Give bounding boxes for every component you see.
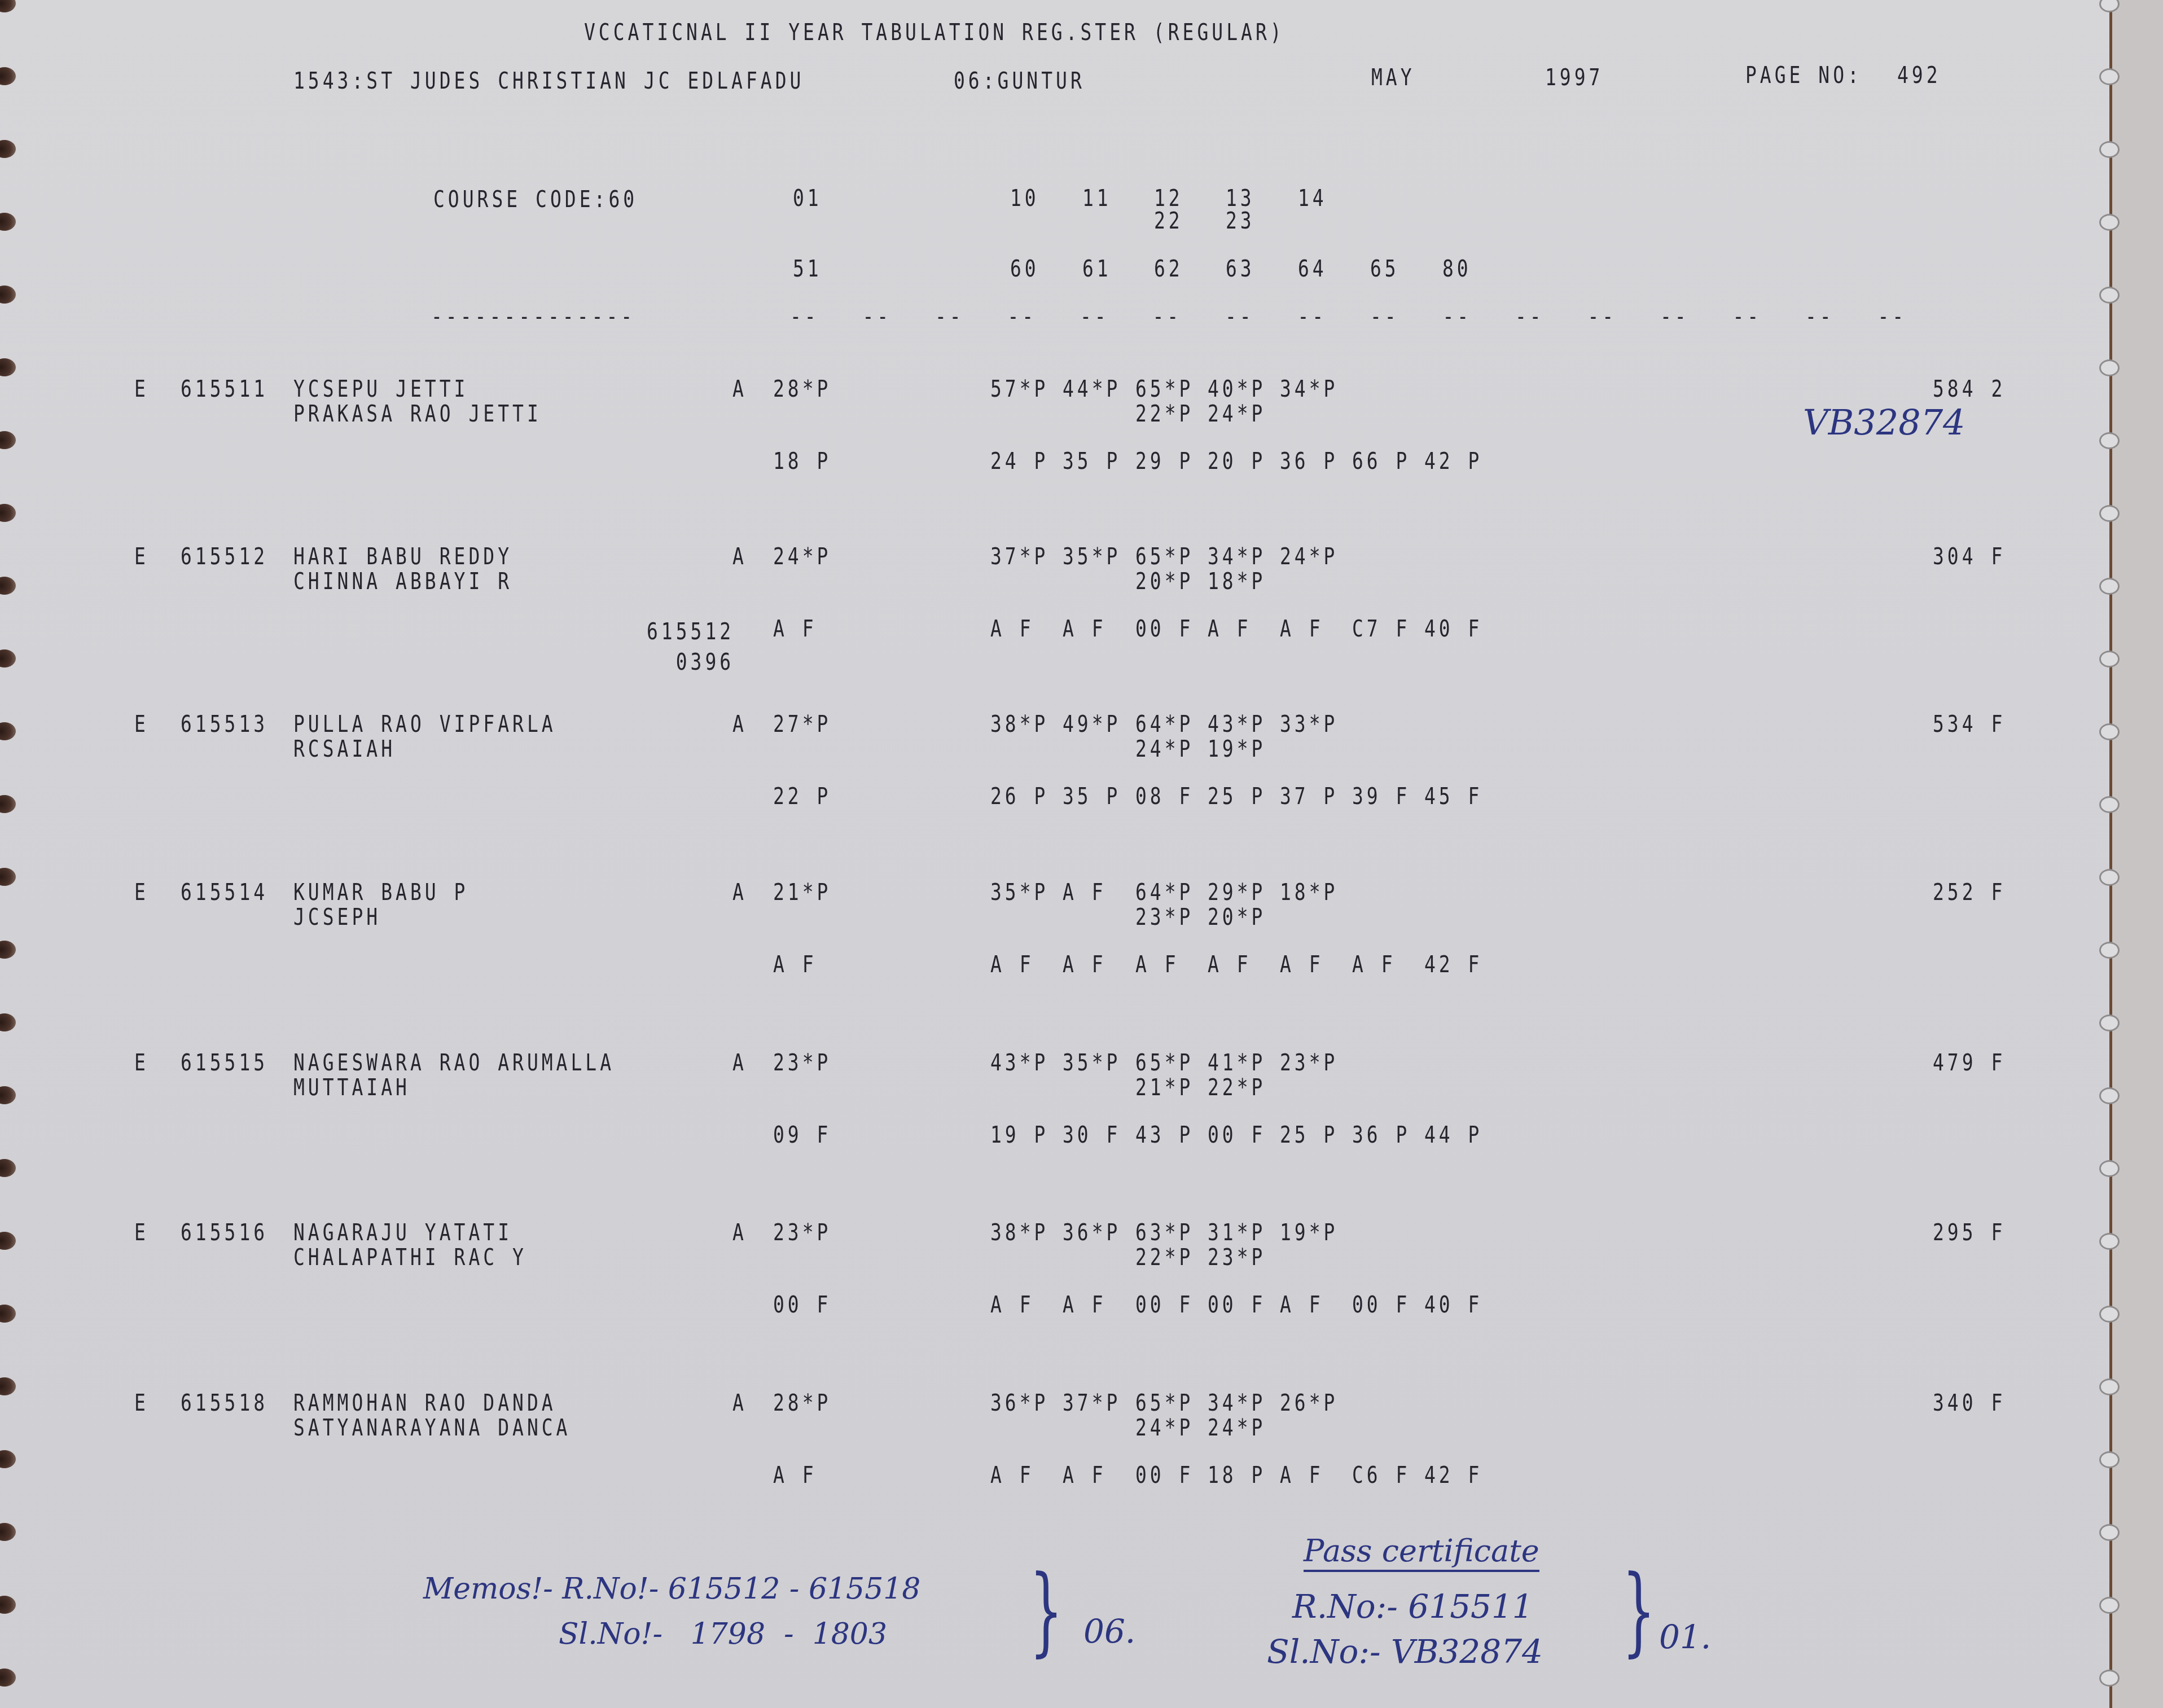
second-year-marks: 00 F [773,1293,831,1316]
tractor-hole-icon [2099,723,2120,740]
underlying-sheet-edge [2109,0,2163,1708]
parent-name: CHALAPATHI RAC Y [293,1245,527,1268]
subject-marks: A F [1280,952,1324,976]
subject-code-subheader: 23 [1226,209,1255,232]
student-name: NAGESWARA RAO ARUMALLA [293,1051,615,1074]
reference-number: 615512 0396 [647,617,734,677]
separator-dash: -- [935,305,964,328]
subject-marks: A F [990,617,1034,640]
subject-code-header: 65 [1370,257,1399,280]
tractor-hole-icon [2099,359,2120,376]
subject-marks: 20*P [1208,905,1266,928]
subject-marks: 18*P [1280,880,1338,903]
tractor-hole-icon [2099,68,2120,85]
medium-code: A [732,880,747,903]
medium-code: A [732,377,747,400]
subject-marks: 43 P [1135,1123,1194,1146]
total-and-result: 534 F [1933,712,2006,735]
page-number: 492 [1897,63,1941,86]
subject-marks: 29*P [1208,880,1266,903]
category-code: E [134,1391,149,1414]
tractor-hole-icon [2099,578,2120,595]
medium-code: A [732,1051,747,1074]
second-year-marks: A F [773,617,817,640]
total-and-result: 340 F [1933,1391,2006,1414]
subject-marks: 22*P [1135,402,1194,425]
subject-marks: 23*P [1135,905,1194,928]
subject-marks: A F [1063,1293,1107,1316]
parent-name: PRAKASA RAO JETTI [293,402,542,425]
subject-marks: 37*P [1063,1391,1121,1414]
tractor-hole-icon [2099,432,2120,449]
tractor-hole-icon [2099,287,2120,304]
subject-marks: 38*P [990,712,1048,735]
subject-marks: 24*P [1135,1416,1194,1439]
first-year-marks: 27*P [773,712,831,735]
second-year-marks: 18 P [773,449,831,472]
subject-marks: 24*P [1280,545,1338,568]
subject-marks: 34*P [1280,377,1338,400]
tractor-hole-icon [2099,1451,2120,1468]
parent-name: SATYANARAYANA DANCA [293,1416,571,1439]
total-and-result: 304 F [1933,545,2006,568]
student-name: NAGARAJU YATATI [293,1220,512,1244]
course-code-label: COURSE CODE:60 [433,187,638,210]
subject-marks: A F [1135,952,1179,976]
subject-marks: A F [1063,1463,1107,1486]
subject-marks: 24*P [1208,402,1266,425]
separator-dash: -- [1153,305,1182,328]
subject-marks: 23*P [1208,1245,1266,1268]
roll-number: 615511 [181,377,268,400]
separator-dash: -- [1008,305,1037,328]
separator-dash: -- [1080,305,1109,328]
subject-marks: 36 P [1352,1123,1410,1146]
subject-marks: 35 P [1063,784,1121,807]
second-year-marks: 22 P [773,784,831,807]
subject-marks: 20*P [1135,569,1194,592]
register-title: VCCATICNAL II YEAR TABULATION REG.STER (… [584,20,1285,43]
tractor-hole-icon [2099,1233,2120,1250]
handwritten-certificate-number: VB32874 [1803,405,1965,440]
subject-marks: 65*P [1135,1051,1194,1074]
subject-marks: 26 P [990,784,1048,807]
subject-marks: 19*P [1208,737,1266,760]
medium-code: A [732,545,747,568]
subject-code-header: 80 [1442,257,1472,280]
roll-number: 615512 [181,545,268,568]
separator-dash: -- [1225,305,1254,328]
subject-marks: 42 P [1424,449,1482,472]
subject-marks: A F [1280,617,1324,640]
tractor-hole-icon [2099,1087,2120,1104]
tractor-hole-icon [2099,1306,2120,1323]
tabulation-register-sheet [0,0,2109,1708]
separator-dash: -- [863,305,892,328]
subject-marks: 44*P [1063,377,1121,400]
tractor-hole-icon [2099,505,2120,522]
subject-marks: A F [990,1293,1034,1316]
student-name: PULLA RAO VIPFARLA [293,712,556,735]
subject-marks: 34*P [1208,1391,1266,1414]
roll-number: 615515 [181,1051,268,1074]
subject-marks: 00 F [1352,1293,1410,1316]
subject-marks: 24*P [1135,737,1194,760]
separator-dash: -- [1588,305,1617,328]
subject-marks: 65*P [1135,377,1194,400]
college-name: 1543:ST JUDES CHRISTIAN JC EDLAFADU [293,69,804,92]
district-name: 06:GUNTUR [954,69,1085,92]
subject-marks: 43*P [990,1051,1048,1074]
category-code: E [134,880,149,903]
subject-marks: 25 P [1208,784,1266,807]
subject-marks: 43*P [1208,712,1266,735]
first-year-marks: 21*P [773,880,831,903]
separator-dash: -- [1805,305,1835,328]
subject-marks: 30 F [1063,1123,1121,1146]
student-name: KUMAR BABU P [293,880,468,903]
subject-marks: 24 P [990,449,1048,472]
subject-marks: 18*P [1208,569,1266,592]
subject-marks: 66 P [1352,449,1410,472]
first-year-marks: 28*P [773,377,831,400]
page-number-label: PAGE NO: [1745,63,1862,86]
total-and-result: 252 F [1933,880,2006,903]
subject-marks: 40 F [1424,1293,1482,1316]
subject-marks: 35 P [1063,449,1121,472]
subject-marks: A F [1208,952,1252,976]
pass-certificate-roll-note: R.No:- 615511 [1292,1590,1533,1623]
tractor-hole-icon [2099,796,2120,813]
category-code: E [134,712,149,735]
subject-code-header: 62 [1154,257,1183,280]
subject-marks: 37*P [990,545,1048,568]
subject-marks: 08 F [1135,784,1194,807]
student-name: YCSEPU JETTI [293,377,468,400]
subject-marks: C6 F [1352,1463,1410,1486]
subject-code-header: 11 [1082,186,1112,209]
subject-marks: C7 F [1352,617,1410,640]
separator-dash: -- [1660,305,1690,328]
subject-marks: 36*P [1063,1220,1121,1244]
subject-marks: A F [1063,952,1107,976]
subject-marks: 22*P [1208,1075,1266,1099]
subject-marks: 57*P [990,377,1048,400]
memo-roll-range-note: Memos!- R.No!- 615512 - 615518 [423,1574,920,1604]
first-year-marks: 23*P [773,1051,831,1074]
tractor-hole-icon [2099,1378,2120,1395]
subject-marks: A F [1352,952,1396,976]
subject-marks: 21*P [1135,1075,1194,1099]
parent-name: MUTTAIAH [293,1075,410,1099]
student-name: HARI BABU REDDY [293,545,512,568]
category-code: E [134,545,149,568]
pass-certificate-brace: } [1622,1563,1655,1659]
subject-marks: 00 F [1135,617,1194,640]
subject-marks: 18 P [1208,1463,1266,1486]
subject-marks: 29 P [1135,449,1194,472]
tractor-hole-icon [2099,1524,2120,1541]
subject-marks: 44 P [1424,1123,1482,1146]
subject-code-header: 60 [1010,257,1039,280]
subject-marks: 40*P [1208,377,1266,400]
subject-marks: 42 F [1424,952,1482,976]
medium-code: A [732,1391,747,1414]
subject-code-header: 64 [1298,257,1327,280]
subject-marks: 23*P [1280,1051,1338,1074]
separator-dash: -- [1298,305,1327,328]
subject-code-subheader: 22 [1154,209,1183,232]
tractor-hole-icon [2099,1597,2120,1614]
subject-marks: 40 F [1424,617,1482,640]
total-and-result: 584 2 [1933,377,2006,400]
subject-marks: A F [1063,880,1107,903]
separator-dash: -- [1443,305,1472,328]
tractor-hole-icon [2099,1015,2120,1031]
total-and-result: 479 F [1933,1051,2006,1074]
subject-marks: 24*P [1208,1416,1266,1439]
separator-dash: -- [1515,305,1545,328]
subject-code-header: 10 [1010,186,1039,209]
subject-marks: A F [990,952,1034,976]
pass-certificate-count-note: 01. [1659,1621,1711,1653]
exam-month: MAY [1371,65,1415,89]
subject-marks: 25 P [1280,1123,1338,1146]
medium-code: A [732,1220,747,1244]
tractor-hole-icon [2099,651,2120,668]
subject-marks: 42 F [1424,1463,1482,1486]
memo-brace: } [1029,1563,1063,1659]
subject-marks: A F [1208,617,1252,640]
pass-certificate-heading: Pass certificate [1304,1536,1539,1572]
subject-code-header: 63 [1226,257,1255,280]
parent-name: RCSAIAH [293,737,396,760]
subject-marks: 00 F [1208,1123,1266,1146]
subject-marks: 22*P [1135,1245,1194,1268]
first-year-marks: 28*P [773,1391,831,1414]
subject-marks: A F [1280,1463,1324,1486]
subject-marks: 19*P [1280,1220,1338,1244]
tractor-hole-icon [2099,869,2120,886]
subject-marks: 64*P [1135,712,1194,735]
subject-marks: 41*P [1208,1051,1266,1074]
subject-marks: 20 P [1208,449,1266,472]
subject-code-header: 12 [1154,186,1183,209]
separator-dash: -- [1733,305,1762,328]
second-year-marks: A F [773,952,817,976]
subject-marks: 00 F [1135,1463,1194,1486]
separator-dash: -- [790,305,819,328]
parent-name: CHINNA ABBAYI R [293,569,512,592]
subject-marks: 00 F [1135,1293,1194,1316]
category-code: E [134,377,149,400]
separator-dash: -- [1370,305,1399,328]
second-year-marks: A F [773,1463,817,1486]
roll-number: 615516 [181,1220,268,1244]
first-year-marks: 24*P [773,545,831,568]
medium-code: A [732,712,747,735]
separator-dash: -- [1878,305,1907,328]
category-code: E [134,1220,149,1244]
subject-code-header: 01 [793,186,822,209]
subject-marks: 33*P [1280,712,1338,735]
subject-marks: 64*P [1135,880,1194,903]
subject-marks: 39 F [1352,784,1410,807]
total-and-result: 295 F [1933,1220,2006,1244]
subject-marks: 35*P [1063,1051,1121,1074]
separator-line: -------------- [431,305,635,328]
subject-code-header: 13 [1226,186,1255,209]
student-name: RAMMOHAN RAO DANDA [293,1391,556,1414]
subject-code-header: 14 [1298,186,1327,209]
second-year-marks: 09 F [773,1123,831,1146]
subject-marks: 38*P [990,1220,1048,1244]
subject-marks: 63*P [1135,1220,1194,1244]
parent-name: JCSEPH [293,905,381,928]
subject-marks: 35*P [990,880,1048,903]
subject-marks: 31*P [1208,1220,1266,1244]
subject-code-header: 61 [1082,257,1112,280]
tractor-hole-icon [2099,1670,2120,1687]
tractor-hole-icon [2099,141,2120,158]
category-code: E [134,1051,149,1074]
subject-code-header: 51 [793,257,822,280]
subject-marks: 36*P [990,1391,1048,1414]
roll-number: 615513 [181,712,268,735]
subject-marks: 36 P [1280,449,1338,472]
subject-marks: 35*P [1063,545,1121,568]
subject-marks: 45 F [1424,784,1482,807]
first-year-marks: 23*P [773,1220,831,1244]
subject-marks: 00 F [1208,1293,1266,1316]
subject-marks: 65*P [1135,1391,1194,1414]
subject-marks: 65*P [1135,545,1194,568]
tractor-hole-icon [2099,942,2120,959]
pass-certificate-serial-note: Sl.No:- VB32874 [1267,1635,1543,1668]
subject-marks: 34*P [1208,545,1266,568]
subject-marks: A F [1063,617,1107,640]
exam-year: 1997 [1545,65,1603,89]
roll-number: 615514 [181,880,268,903]
tractor-hole-icon [2099,214,2120,231]
subject-marks: 19 P [990,1123,1048,1146]
memo-serial-range-note: Sl.No!- 1798 - 1803 [559,1619,887,1649]
roll-number: 615518 [181,1391,268,1414]
subject-marks: 37 P [1280,784,1338,807]
tractor-hole-icon [2099,1160,2120,1177]
subject-marks: A F [990,1463,1034,1486]
subject-marks: A F [1280,1293,1324,1316]
subject-marks: 26*P [1280,1391,1338,1414]
subject-marks: 49*P [1063,712,1121,735]
memo-count-note: 06. [1083,1615,1135,1648]
